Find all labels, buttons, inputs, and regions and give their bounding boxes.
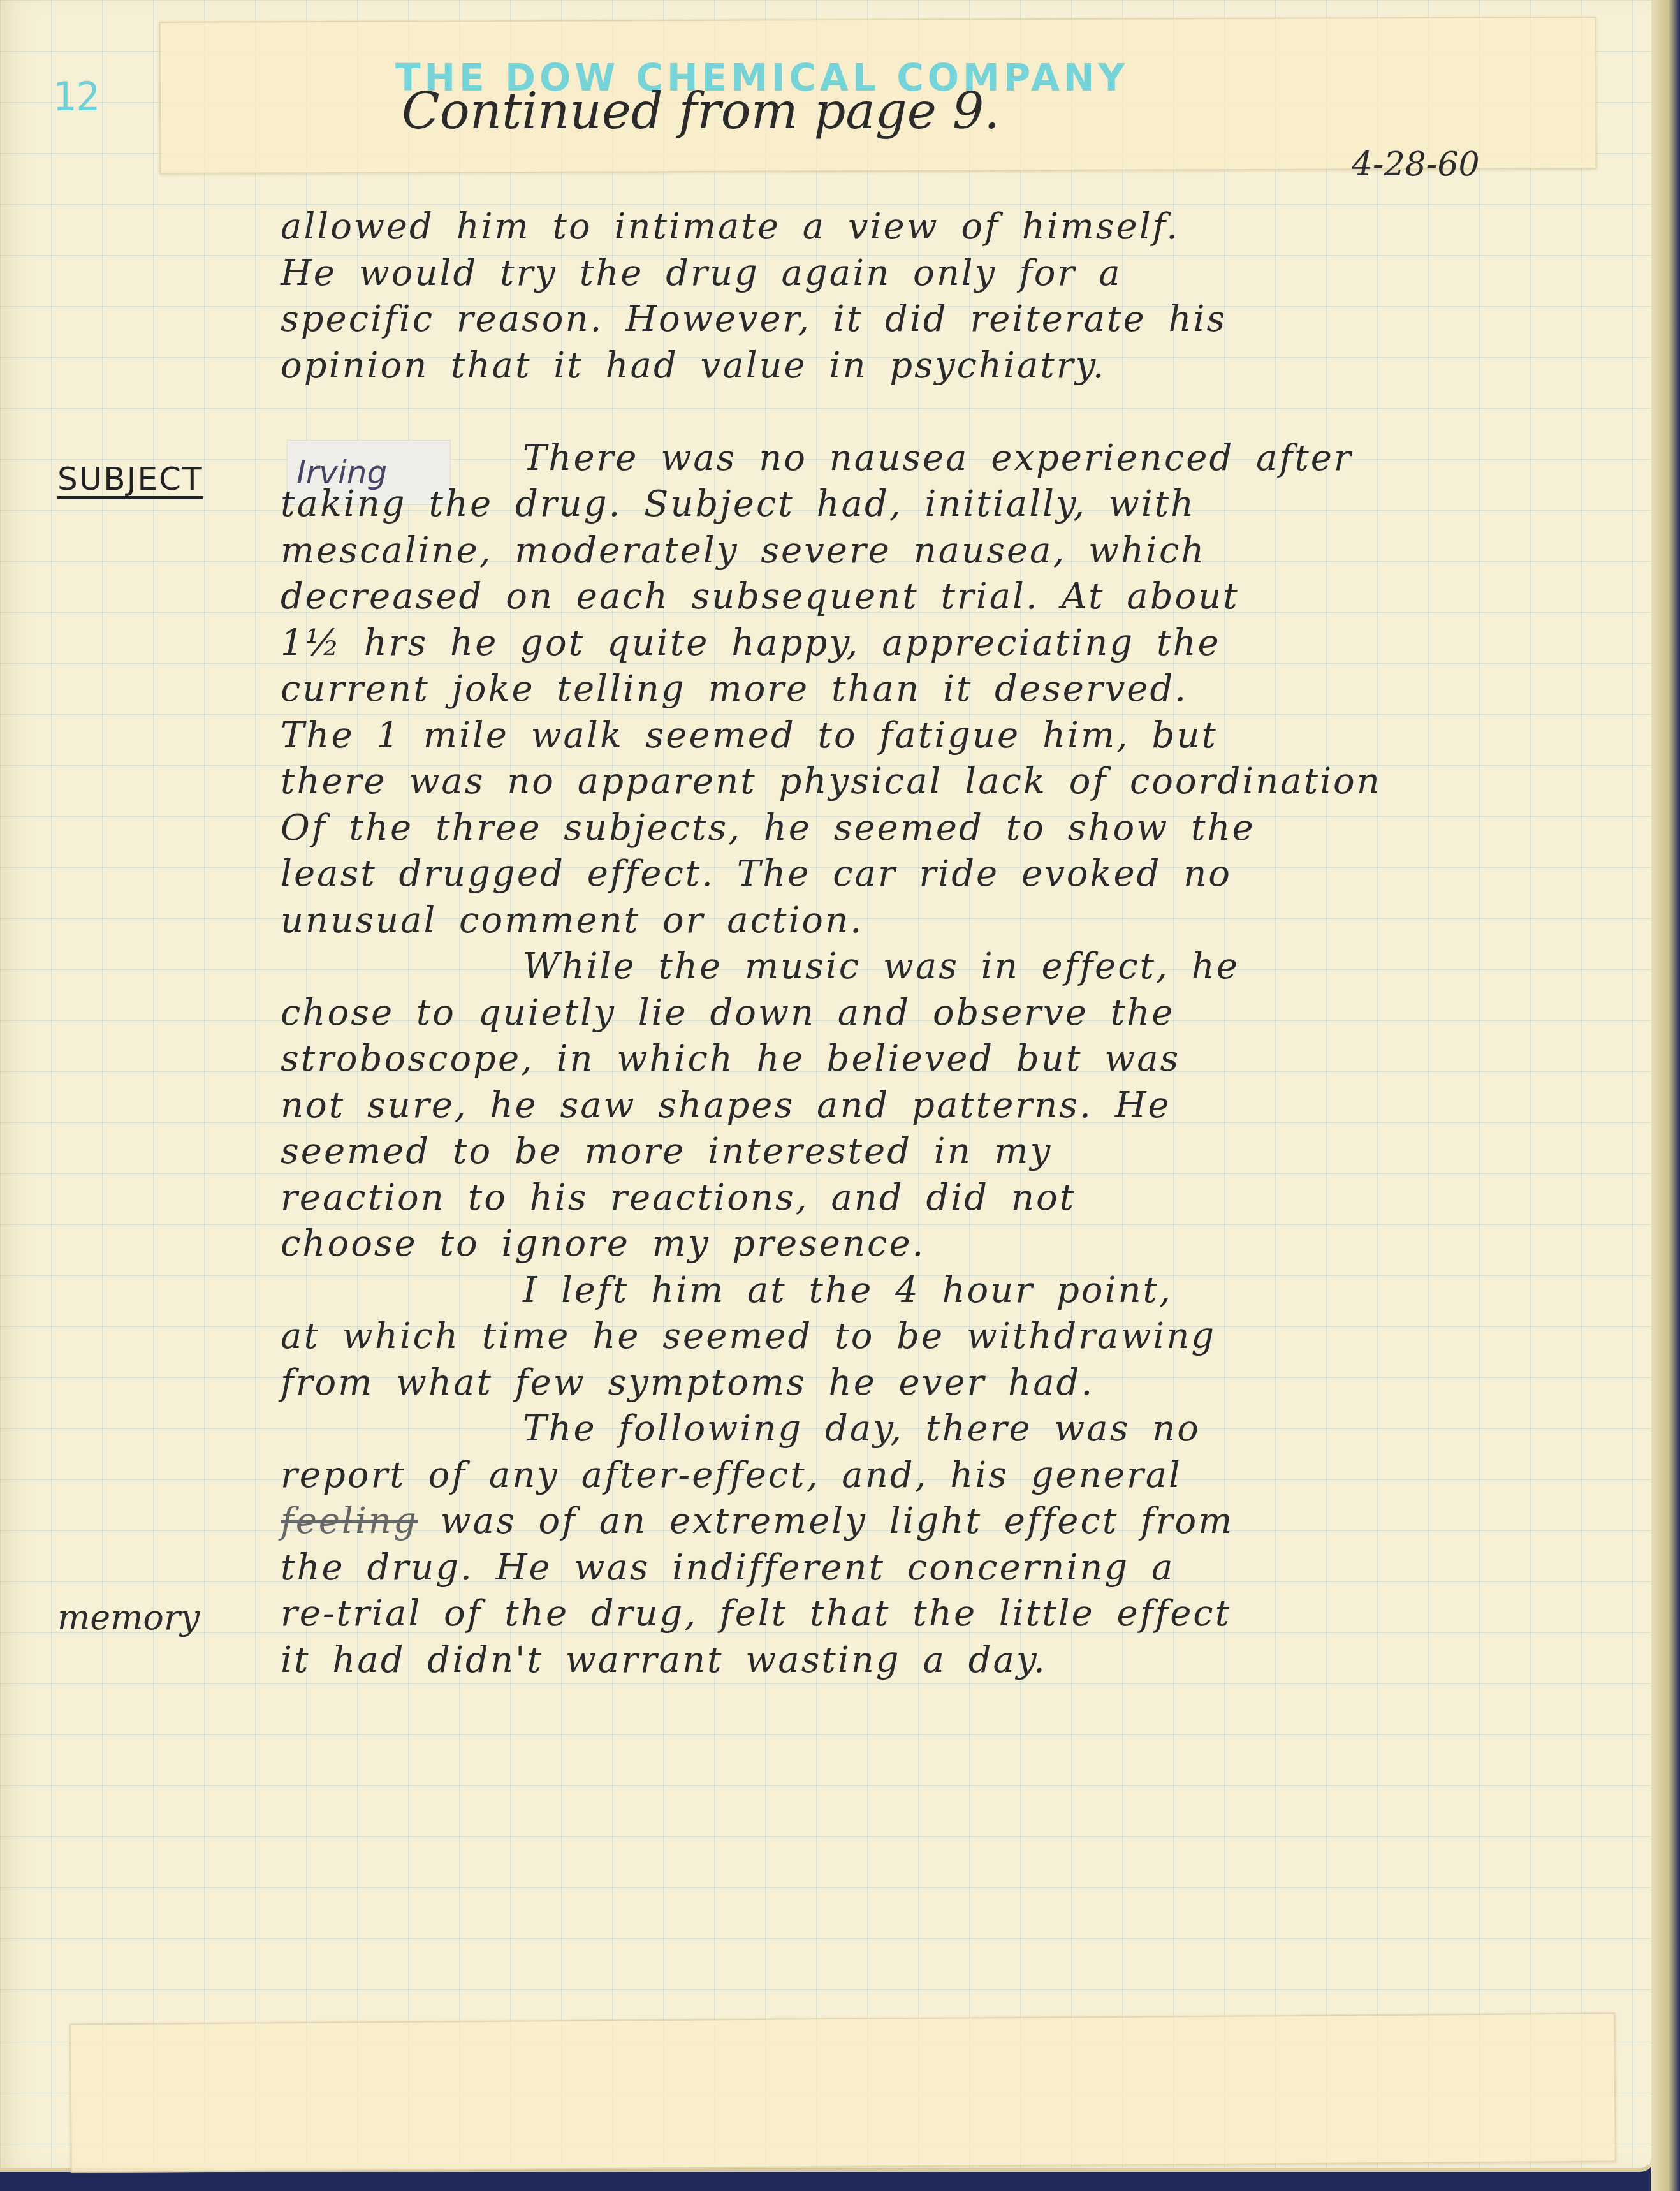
text-line: There was no nausea experienced after (281, 436, 1619, 482)
text-line: there was no apparent physical lack of c… (281, 759, 1619, 805)
subject-label: SUBJECT (57, 460, 203, 497)
text-line: The 1 mile walk seemed to fatigue him, b… (281, 713, 1619, 759)
text-line-rest: was of an extremely light effect from (441, 1500, 1234, 1542)
text-line: from what few symptoms he ever had. (281, 1360, 1619, 1407)
text-line: He would try the drug again only for a (281, 251, 1619, 297)
header-note: Continued from page 9. (402, 83, 1000, 140)
text-line: feeling was of an extremely light effect… (281, 1499, 1619, 1545)
text-line: at which time he seemed to be withdrawin… (281, 1314, 1619, 1360)
struck-word: feeling (281, 1500, 418, 1542)
text-line: seemed to be more interested in my (281, 1129, 1619, 1175)
text-line: opinion that it had value in psychiatry. (281, 343, 1619, 390)
text-line: Of the three subjects, he seemed to show… (281, 805, 1619, 852)
entry-date: 4-28-60 (1352, 145, 1480, 184)
text-line: it had didn't warrant wasting a day. (281, 1638, 1619, 1684)
notebook-page: 12 THE DOW CHEMICAL COMPANY Continued fr… (0, 0, 1655, 2172)
text-line: allowed him to intimate a view of himsel… (281, 204, 1619, 251)
text-line: the drug. He was indifferent concerning … (281, 1545, 1619, 1592)
page-number: 12 (52, 73, 100, 120)
text-line: While the music was in effect, he (281, 944, 1619, 990)
text-line: mescaline, moderately severe nausea, whi… (281, 528, 1619, 575)
page-edge (1651, 0, 1680, 2191)
text-line: I left him at the 4 hour point, (281, 1268, 1619, 1314)
text-line: The following day, there was no (281, 1406, 1619, 1453)
text-line: least drugged effect. The car ride evoke… (281, 851, 1619, 898)
text-line: 1½ hrs he got quite happy, appreciating … (281, 620, 1619, 667)
text-line: re-trial of the drug, felt that the litt… (281, 1591, 1619, 1638)
text-line: not sure, he saw shapes and patterns. He (281, 1083, 1619, 1129)
margin-note: memory (57, 1597, 200, 1638)
bottom-tape (69, 2013, 1616, 2173)
handwritten-body: allowed him to intimate a view of himsel… (281, 204, 1619, 1683)
text-line: taking the drug. Subject had, initially,… (281, 481, 1619, 528)
text-line: stroboscope, in which he believed but wa… (281, 1036, 1619, 1083)
text-line: decreased on each subsequent trial. At a… (281, 574, 1619, 620)
text-line: current joke telling more than it deserv… (281, 666, 1619, 713)
text-line: reaction to his reactions, and did not (281, 1175, 1619, 1222)
text-line: chose to quietly lie down and observe th… (281, 990, 1619, 1037)
text-line: specific reason. However, it did reitera… (281, 297, 1619, 343)
text-line: unusual comment or action. (281, 898, 1619, 944)
text-line: choose to ignore my presence. (281, 1221, 1619, 1268)
text-line: report of any after-effect, and, his gen… (281, 1453, 1619, 1499)
